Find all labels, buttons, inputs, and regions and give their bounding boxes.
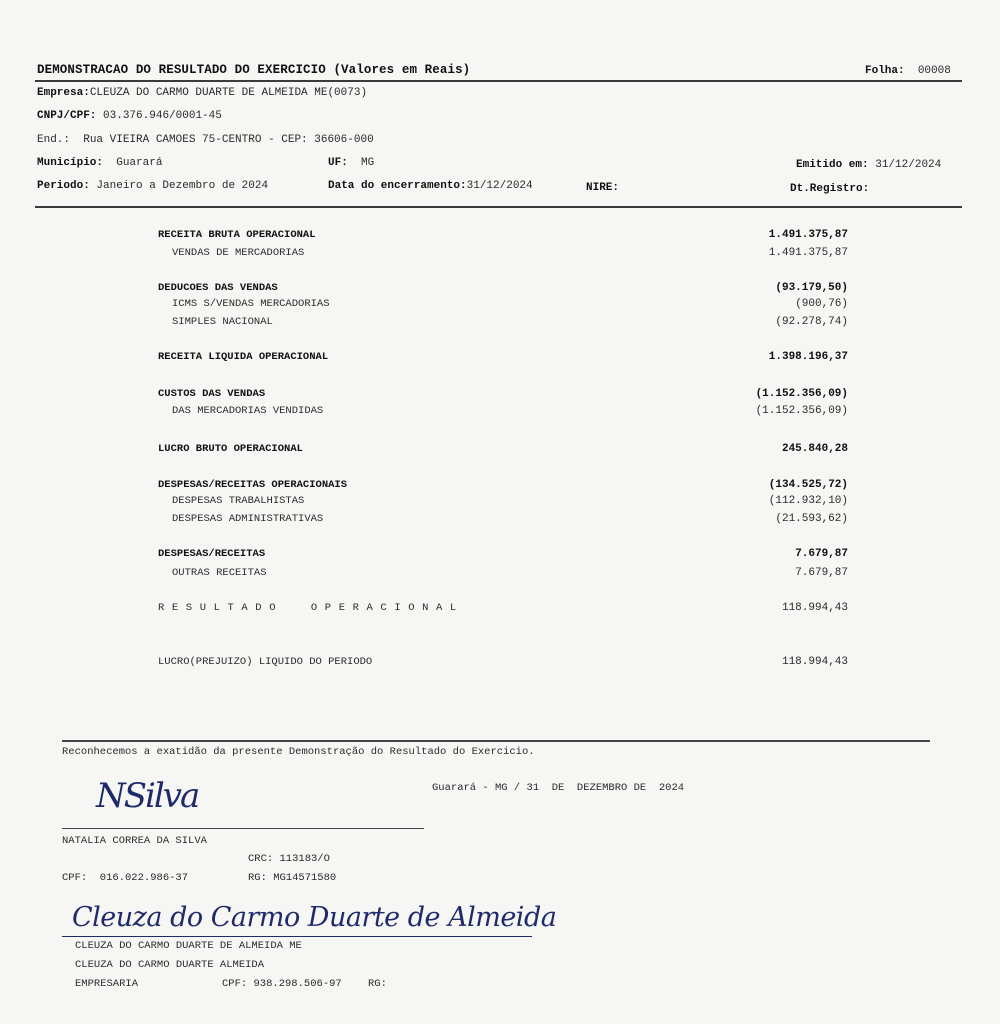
encerramento-label: Data do encerramento: (328, 180, 467, 192)
statement-row-value: 7.679,87 (648, 548, 848, 560)
statement-row-label: DESPESAS TRABALHISTAS (172, 495, 304, 507)
municipio-field: Município: Guarará (37, 157, 162, 169)
statement-row-label: VENDAS DE MERCADORIAS (172, 247, 304, 259)
statement-row-value: 118.994,43 (648, 656, 848, 668)
statement-row-value: (900,76) (648, 298, 848, 310)
document-title: DEMONSTRACAO DO RESULTADO DO EXERCICIO (… (37, 63, 470, 77)
statement-row-label: RESULTADO OPERACIONAL (158, 602, 464, 614)
statement-row-value: (21.593,62) (648, 513, 848, 525)
statement-row-value: 1.491.375,87 (648, 247, 848, 259)
cnpj-label: CNPJ/CPF: (37, 110, 96, 122)
statement-row-value: (93.179,50) (648, 282, 848, 294)
accountant-crc: CRC: 113183/O (248, 853, 330, 865)
encerramento-value: 31/12/2024 (467, 180, 533, 192)
statement-row-label: OUTRAS RECEITAS (172, 567, 267, 579)
folha-value: 00008 (918, 65, 951, 77)
statement-row-value: 1.491.375,87 (648, 229, 848, 241)
statement-row-label: DAS MERCADORIAS VENDIDAS (172, 405, 323, 417)
owner-signature: Cleuza do Carmo Duarte de Almeida (72, 902, 556, 933)
periodo-label: Periodo: (37, 180, 90, 192)
registro-field: Dt.Registro: (790, 183, 869, 195)
uf-value: MG (361, 157, 374, 169)
emitido-value: 31/12/2024 (875, 159, 941, 171)
statement-row-value: (1.152.356,09) (648, 388, 848, 400)
footer-rule (62, 740, 930, 742)
statement-row-label: RECEITA BRUTA OPERACIONAL (158, 229, 316, 241)
periodo-field: Periodo: Janeiro a Dezembro de 2024 (37, 180, 268, 192)
statement-row-label: DEDUCOES DAS VENDAS (158, 282, 278, 294)
accountant-signature: NSilva (96, 776, 198, 816)
folha-label: Folha: (865, 65, 905, 77)
cnpj-field: CNPJ/CPF: 03.376.946/0001-45 (37, 110, 222, 122)
owner-rg: RG: (368, 978, 387, 990)
header-bottom-rule (35, 206, 962, 208)
cnpj-value: 03.376.946/0001-45 (103, 110, 222, 122)
statement-row-label: LUCRO BRUTO OPERACIONAL (158, 443, 303, 455)
uf-label: UF: (328, 157, 348, 169)
statement-row-label: ICMS S/VENDAS MERCADORIAS (172, 298, 330, 310)
statement-row-value: 118.994,43 (648, 602, 848, 614)
encerramento-field: Data do encerramento:31/12/2024 (328, 180, 533, 192)
statement-row-label: DESPESAS ADMINISTRATIVAS (172, 513, 323, 525)
nire-label: NIRE: (586, 182, 619, 194)
empresa-label: Empresa: (37, 87, 90, 99)
endereco-field: End.: Rua VIEIRA CAMOES 75-CENTRO - CEP:… (37, 134, 374, 146)
statement-row-label: LUCRO(PREJUIZO) LIQUIDO DO PERIODO (158, 656, 372, 668)
uf-field: UF: MG (328, 157, 374, 169)
statement-row-value: 1.398.196,37 (648, 351, 848, 363)
statement-row-value: 7.679,87 (648, 567, 848, 579)
statement-row-label: DESPESAS/RECEITAS (158, 548, 265, 560)
municipio-label: Município: (37, 157, 103, 169)
folha-field: Folha: 00008 (865, 65, 951, 77)
municipio-value: Guarará (116, 157, 162, 169)
statement-row-value: (92.278,74) (648, 316, 848, 328)
nire-field: NIRE: (586, 182, 619, 194)
statement-row-label: SIMPLES NACIONAL (172, 316, 273, 328)
place-date: Guarará - MG / 31 DE DEZEMBRO DE 2024 (432, 782, 684, 794)
signature-line (62, 828, 424, 829)
statement-row-value: (112.932,10) (648, 495, 848, 507)
accountant-name: NATALIA CORREA DA SILVA (62, 835, 207, 847)
owner-company: CLEUZA DO CARMO DUARTE DE ALMEIDA ME (75, 940, 302, 952)
emitido-label: Emitido em: (796, 159, 869, 171)
owner-signature-stroke (62, 936, 532, 937)
accountant-cpf: CPF: 016.022.986-37 (62, 872, 188, 884)
statement-row-label: RECEITA LIQUIDA OPERACIONAL (158, 351, 328, 363)
empresa-field: Empresa:CLEUZA DO CARMO DUARTE DE ALMEID… (37, 87, 367, 99)
accountant-rg: RG: MG14571580 (248, 872, 336, 884)
declaration-text: Reconhecemos a exatidão da presente Demo… (62, 746, 535, 758)
owner-cpf: CPF: 938.298.506-97 (222, 978, 342, 990)
owner-role: EMPRESARIA (75, 978, 138, 990)
registro-label: Dt.Registro: (790, 183, 869, 195)
header-top-rule (35, 80, 962, 82)
endereco-label: End.: (37, 134, 70, 146)
emitido-field: Emitido em: 31/12/2024 (796, 159, 941, 171)
statement-row-label: CUSTOS DAS VENDAS (158, 388, 265, 400)
statement-row-value: (1.152.356,09) (648, 405, 848, 417)
statement-row-value: (134.525,72) (648, 479, 848, 491)
empresa-value: CLEUZA DO CARMO DUARTE DE ALMEIDA ME(007… (90, 87, 367, 99)
statement-row-value: 245.840,28 (648, 443, 848, 455)
owner-name: CLEUZA DO CARMO DUARTE ALMEIDA (75, 959, 264, 971)
endereco-value: Rua VIEIRA CAMOES 75-CENTRO - CEP: 36606… (83, 134, 373, 146)
statement-row-label: DESPESAS/RECEITAS OPERACIONAIS (158, 479, 347, 491)
periodo-value: Janeiro a Dezembro de 2024 (96, 180, 268, 192)
